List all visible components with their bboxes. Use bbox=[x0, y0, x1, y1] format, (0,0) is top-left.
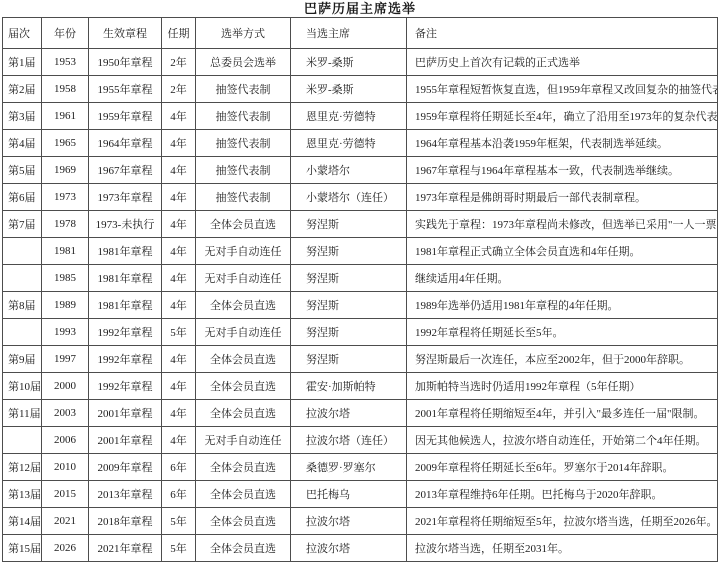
column-header-session: 届次 bbox=[3, 18, 42, 49]
cell-year: 1958 bbox=[42, 76, 89, 103]
cell-charter: 1967年章程 bbox=[89, 157, 162, 184]
cell-note: 巴萨历史上首次有记载的正式选举 bbox=[407, 49, 718, 76]
cell-president: 努涅斯 bbox=[291, 238, 407, 265]
cell-session bbox=[3, 319, 42, 346]
cell-term: 4年 bbox=[162, 157, 196, 184]
cell-year: 2006 bbox=[42, 427, 89, 454]
cell-method: 抽签代表制 bbox=[196, 184, 291, 211]
cell-term: 4年 bbox=[162, 427, 196, 454]
cell-method: 抽签代表制 bbox=[196, 157, 291, 184]
cell-method: 总委员会选举 bbox=[196, 49, 291, 76]
cell-charter: 1950年章程 bbox=[89, 49, 162, 76]
cell-term: 4年 bbox=[162, 211, 196, 238]
cell-method: 全体会员直选 bbox=[196, 346, 291, 373]
cell-session: 第2届 bbox=[3, 76, 42, 103]
cell-method: 全体会员直选 bbox=[196, 508, 291, 535]
cell-session: 第4届 bbox=[3, 130, 42, 157]
table-row: 第8届19891981年章程4年全体会员直选努涅斯1989年选举仍适用1981年… bbox=[3, 292, 718, 319]
cell-session: 第3届 bbox=[3, 103, 42, 130]
table-header: 届次年份生效章程任期选举方式当选主席备注 bbox=[3, 18, 718, 49]
cell-term: 5年 bbox=[162, 508, 196, 535]
cell-charter: 1955年章程 bbox=[89, 76, 162, 103]
cell-president: 拉波尔塔 bbox=[291, 535, 407, 562]
cell-president: 霍安·加斯帕特 bbox=[291, 373, 407, 400]
cell-method: 全体会员直选 bbox=[196, 535, 291, 562]
cell-note: 1989年选举仍适用1981年章程的4年任期。 bbox=[407, 292, 718, 319]
cell-president: 努涅斯 bbox=[291, 211, 407, 238]
cell-year: 2021 bbox=[42, 508, 89, 535]
cell-note: 加斯帕特当选时仍适用1992年章程（5年任期） bbox=[407, 373, 718, 400]
cell-year: 2015 bbox=[42, 481, 89, 508]
cell-term: 4年 bbox=[162, 292, 196, 319]
table-row: 第3届19611959年章程4年抽签代表制恩里克·劳德特1959年章程将任期延长… bbox=[3, 103, 718, 130]
cell-president: 恩里克·劳德特 bbox=[291, 103, 407, 130]
cell-president: 努涅斯 bbox=[291, 265, 407, 292]
cell-session: 第15届 bbox=[3, 535, 42, 562]
cell-year: 1993 bbox=[42, 319, 89, 346]
cell-president: 米罗-桑斯 bbox=[291, 49, 407, 76]
cell-session: 第5届 bbox=[3, 157, 42, 184]
cell-charter: 1964年章程 bbox=[89, 130, 162, 157]
cell-note: 1967年章程与1964年章程基本一致，代表制选举继续。 bbox=[407, 157, 718, 184]
cell-session bbox=[3, 238, 42, 265]
cell-term: 4年 bbox=[162, 184, 196, 211]
cell-method: 全体会员直选 bbox=[196, 292, 291, 319]
cell-note: 1955年章程短暂恢复直选，但1959年章程又改回复杂的抽签代表制。 bbox=[407, 76, 718, 103]
page-title: 巴萨历届主席选举 bbox=[0, 0, 720, 17]
cell-term: 4年 bbox=[162, 103, 196, 130]
cell-term: 6年 bbox=[162, 481, 196, 508]
cell-year: 1997 bbox=[42, 346, 89, 373]
table-row: 第2届19581955年章程2年抽签代表制米罗-桑斯1955年章程短暂恢复直选，… bbox=[3, 76, 718, 103]
cell-charter: 2001年章程 bbox=[89, 427, 162, 454]
cell-session: 第10届 bbox=[3, 373, 42, 400]
column-header-charter: 生效章程 bbox=[89, 18, 162, 49]
table-row: 第9届19971992年章程4年全体会员直选努涅斯努涅斯最后一次连任，本应至20… bbox=[3, 346, 718, 373]
table-row: 19851981年章程4年无对手自动连任努涅斯继续适用4年任期。 bbox=[3, 265, 718, 292]
table-row: 20062001年章程4年无对手自动连任拉波尔塔（连任）因无其他候选人，拉波尔塔… bbox=[3, 427, 718, 454]
cell-president: 巴托梅乌 bbox=[291, 481, 407, 508]
cell-session: 第8届 bbox=[3, 292, 42, 319]
cell-charter: 1981年章程 bbox=[89, 265, 162, 292]
cell-method: 抽签代表制 bbox=[196, 103, 291, 130]
cell-note: 实践先于章程：1973年章程尚未修改，但选举已采用"一人一票"直选。 bbox=[407, 211, 718, 238]
cell-year: 1978 bbox=[42, 211, 89, 238]
cell-year: 1961 bbox=[42, 103, 89, 130]
cell-charter: 2013年章程 bbox=[89, 481, 162, 508]
table-row: 第15届20262021年章程5年全体会员直选拉波尔塔拉波尔塔当选，任期至203… bbox=[3, 535, 718, 562]
cell-session: 第14届 bbox=[3, 508, 42, 535]
cell-president: 米罗-桑斯 bbox=[291, 76, 407, 103]
cell-year: 1981 bbox=[42, 238, 89, 265]
cell-year: 1969 bbox=[42, 157, 89, 184]
cell-note: 努涅斯最后一次连任，本应至2002年，但于2000年辞职。 bbox=[407, 346, 718, 373]
cell-term: 4年 bbox=[162, 130, 196, 157]
cell-president: 拉波尔塔 bbox=[291, 400, 407, 427]
cell-charter: 2009年章程 bbox=[89, 454, 162, 481]
cell-note: 1973年章程是佛朗哥时期最后一部代表制章程。 bbox=[407, 184, 718, 211]
cell-note: 1959年章程将任期延长至4年，确立了沿用至1973年的复杂代表选举制。 bbox=[407, 103, 718, 130]
table-body: 第1届19531950年章程2年总委员会选举米罗-桑斯巴萨历史上首次有记载的正式… bbox=[3, 49, 718, 562]
table-row: 19811981年章程4年无对手自动连任努涅斯1981年章程正式确立全体会员直选… bbox=[3, 238, 718, 265]
cell-term: 6年 bbox=[162, 454, 196, 481]
table-row: 第5届19691967年章程4年抽签代表制小蒙塔尔1967年章程与1964年章程… bbox=[3, 157, 718, 184]
cell-method: 全体会员直选 bbox=[196, 373, 291, 400]
cell-president: 小蒙塔尔（连任） bbox=[291, 184, 407, 211]
cell-session: 第13届 bbox=[3, 481, 42, 508]
cell-method: 无对手自动连任 bbox=[196, 265, 291, 292]
cell-session: 第12届 bbox=[3, 454, 42, 481]
cell-year: 2026 bbox=[42, 535, 89, 562]
cell-note: 1964年章程基本沿袭1959年框架，代表制选举延续。 bbox=[407, 130, 718, 157]
cell-term: 4年 bbox=[162, 265, 196, 292]
table-row: 第10届20001992年章程4年全体会员直选霍安·加斯帕特加斯帕特当选时仍适用… bbox=[3, 373, 718, 400]
cell-session bbox=[3, 427, 42, 454]
table-row: 第6届19731973年章程4年抽签代表制小蒙塔尔（连任）1973年章程是佛朗哥… bbox=[3, 184, 718, 211]
cell-year: 2010 bbox=[42, 454, 89, 481]
column-header-term: 任期 bbox=[162, 18, 196, 49]
cell-year: 2003 bbox=[42, 400, 89, 427]
cell-note: 拉波尔塔当选，任期至2031年。 bbox=[407, 535, 718, 562]
cell-note: 因无其他候选人，拉波尔塔自动连任，开始第二个4年任期。 bbox=[407, 427, 718, 454]
cell-charter: 1992年章程 bbox=[89, 373, 162, 400]
cell-year: 1953 bbox=[42, 49, 89, 76]
cell-charter: 2001年章程 bbox=[89, 400, 162, 427]
cell-charter: 1959年章程 bbox=[89, 103, 162, 130]
cell-note: 2013年章程维持6年任期。巴托梅乌于2020年辞职。 bbox=[407, 481, 718, 508]
table-row: 第1届19531950年章程2年总委员会选举米罗-桑斯巴萨历史上首次有记载的正式… bbox=[3, 49, 718, 76]
cell-president: 桑德罗·罗塞尔 bbox=[291, 454, 407, 481]
cell-method: 全体会员直选 bbox=[196, 454, 291, 481]
cell-method: 抽签代表制 bbox=[196, 76, 291, 103]
cell-term: 5年 bbox=[162, 319, 196, 346]
cell-method: 全体会员直选 bbox=[196, 481, 291, 508]
column-header-method: 选举方式 bbox=[196, 18, 291, 49]
column-header-note: 备注 bbox=[407, 18, 718, 49]
cell-president: 小蒙塔尔 bbox=[291, 157, 407, 184]
cell-method: 抽签代表制 bbox=[196, 130, 291, 157]
cell-note: 1992年章程将任期延长至5年。 bbox=[407, 319, 718, 346]
header-row: 届次年份生效章程任期选举方式当选主席备注 bbox=[3, 18, 718, 49]
cell-method: 全体会员直选 bbox=[196, 400, 291, 427]
cell-session bbox=[3, 265, 42, 292]
table-row: 第7届19781973-未执行4年全体会员直选努涅斯实践先于章程：1973年章程… bbox=[3, 211, 718, 238]
cell-term: 2年 bbox=[162, 49, 196, 76]
cell-president: 拉波尔塔 bbox=[291, 508, 407, 535]
cell-year: 1973 bbox=[42, 184, 89, 211]
cell-method: 无对手自动连任 bbox=[196, 319, 291, 346]
table-row: 第4届19651964年章程4年抽签代表制恩里克·劳德特1964年章程基本沿袭1… bbox=[3, 130, 718, 157]
cell-year: 1989 bbox=[42, 292, 89, 319]
cell-note: 继续适用4年任期。 bbox=[407, 265, 718, 292]
cell-term: 4年 bbox=[162, 238, 196, 265]
cell-charter: 2018年章程 bbox=[89, 508, 162, 535]
cell-session: 第7届 bbox=[3, 211, 42, 238]
cell-session: 第11届 bbox=[3, 400, 42, 427]
cell-charter: 1973-未执行 bbox=[89, 211, 162, 238]
cell-charter: 1973年章程 bbox=[89, 184, 162, 211]
table-row: 第12届20102009年章程6年全体会员直选桑德罗·罗塞尔2009年章程将任期… bbox=[3, 454, 718, 481]
table-row: 第14届20212018年章程5年全体会员直选拉波尔塔2021年章程将任期缩短至… bbox=[3, 508, 718, 535]
cell-charter: 1981年章程 bbox=[89, 292, 162, 319]
cell-president: 拉波尔塔（连任） bbox=[291, 427, 407, 454]
cell-term: 5年 bbox=[162, 535, 196, 562]
cell-note: 2021年章程将任期缩短至5年，拉波尔塔当选，任期至2026年。 bbox=[407, 508, 718, 535]
table-row: 19931992年章程5年无对手自动连任努涅斯1992年章程将任期延长至5年。 bbox=[3, 319, 718, 346]
table-row: 第13届20152013年章程6年全体会员直选巴托梅乌2013年章程维持6年任期… bbox=[3, 481, 718, 508]
cell-session: 第6届 bbox=[3, 184, 42, 211]
page: 巴萨历届主席选举 届次年份生效章程任期选举方式当选主席备注 第1届1953195… bbox=[0, 0, 720, 569]
cell-session: 第9届 bbox=[3, 346, 42, 373]
cell-term: 4年 bbox=[162, 373, 196, 400]
cell-term: 4年 bbox=[162, 346, 196, 373]
cell-term: 4年 bbox=[162, 400, 196, 427]
cell-session: 第1届 bbox=[3, 49, 42, 76]
column-header-year: 年份 bbox=[42, 18, 89, 49]
cell-year: 1985 bbox=[42, 265, 89, 292]
cell-president: 努涅斯 bbox=[291, 319, 407, 346]
cell-method: 无对手自动连任 bbox=[196, 427, 291, 454]
cell-note: 2009年章程将任期延长至6年。罗塞尔于2014年辞职。 bbox=[407, 454, 718, 481]
cell-charter: 2021年章程 bbox=[89, 535, 162, 562]
cell-method: 无对手自动连任 bbox=[196, 238, 291, 265]
cell-year: 1965 bbox=[42, 130, 89, 157]
presidents-election-table: 届次年份生效章程任期选举方式当选主席备注 第1届19531950年章程2年总委员… bbox=[2, 17, 718, 562]
cell-charter: 1992年章程 bbox=[89, 319, 162, 346]
cell-year: 2000 bbox=[42, 373, 89, 400]
cell-term: 2年 bbox=[162, 76, 196, 103]
cell-charter: 1992年章程 bbox=[89, 346, 162, 373]
column-header-president: 当选主席 bbox=[291, 18, 407, 49]
cell-president: 努涅斯 bbox=[291, 346, 407, 373]
cell-note: 2001年章程将任期缩短至4年，并引入"最多连任一届"限制。 bbox=[407, 400, 718, 427]
table-row: 第11届20032001年章程4年全体会员直选拉波尔塔2001年章程将任期缩短至… bbox=[3, 400, 718, 427]
cell-president: 努涅斯 bbox=[291, 292, 407, 319]
cell-president: 恩里克·劳德特 bbox=[291, 130, 407, 157]
cell-note: 1981年章程正式确立全体会员直选和4年任期。 bbox=[407, 238, 718, 265]
cell-method: 全体会员直选 bbox=[196, 211, 291, 238]
cell-charter: 1981年章程 bbox=[89, 238, 162, 265]
